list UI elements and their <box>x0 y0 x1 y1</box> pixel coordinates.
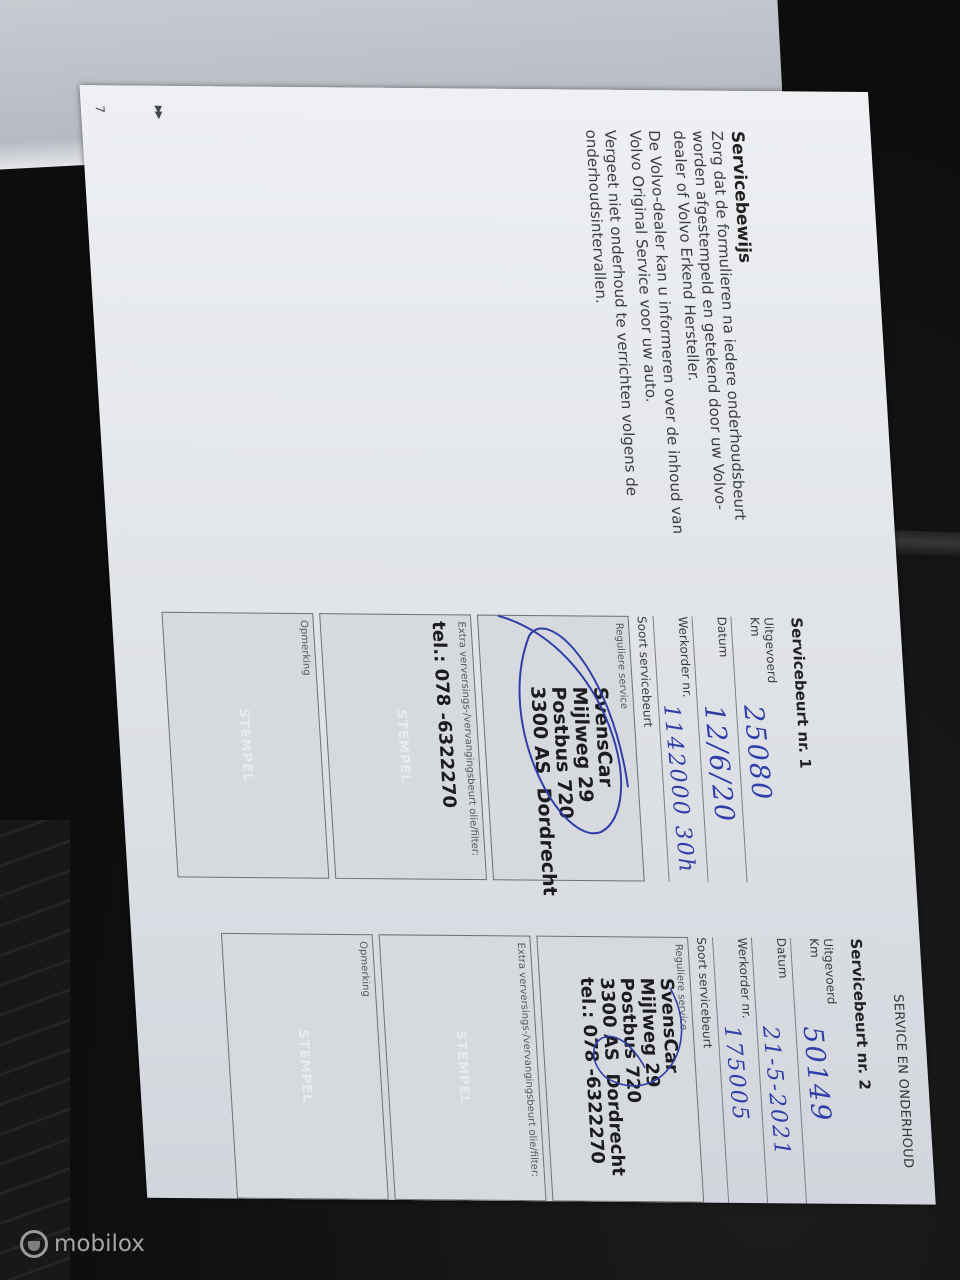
mobilox-logo-icon <box>20 1230 48 1258</box>
remark-label: Opmerking <box>357 941 371 997</box>
km-handwritten: 25080 <box>737 705 777 802</box>
stamp-placeholder: STEMPEL <box>453 1031 472 1105</box>
work-order-handwritten: 175005 <box>719 1025 753 1122</box>
service-title: Servicebeurt nr. 2 <box>847 938 881 1204</box>
extra-service-box: Extra verversings-/vervangingsbeurt olie… <box>319 613 487 880</box>
km-handwritten: 50149 <box>797 1026 837 1123</box>
stamp-phone: tel.: 078 -6322270 <box>427 621 459 808</box>
extra-service-box: Extra verversings-/vervangingsbeurt olie… <box>379 934 547 1201</box>
dealer-stamp: SvensCar Mijlweg 29 Postbus 720 3300 AS … <box>526 686 623 896</box>
service-booklet-page: Servicebewijs Zorg dat de formulieren na… <box>79 85 935 1205</box>
regular-service-label: Reguliere service <box>613 623 629 709</box>
date-handwritten: 12/6/20 <box>698 704 740 823</box>
km-label: Km <box>747 617 762 637</box>
dealer-stamp: SvensCar Mijlweg 29 Postbus 720 3300 AS … <box>576 977 688 1176</box>
regular-service-box: Reguliere service SvensCar Mijlweg 29 Po… <box>477 615 645 882</box>
stamp-placeholder: STEMPEL <box>236 708 255 782</box>
mat-texture <box>0 820 70 1280</box>
date-label: Datum <box>774 938 790 979</box>
watermark: mobilox <box>20 1230 145 1258</box>
performed-label: Uitgevoerd <box>761 617 779 683</box>
extra-service-label: Extra verversings-/vervangingsbeurt olie… <box>455 621 480 856</box>
watermark-brand: mobilox <box>54 1231 145 1257</box>
remark-box: Opmerking STEMPEL <box>221 933 389 1200</box>
regular-service-box: Reguliere service SvensCar Mijlweg 29 Po… <box>536 936 704 1203</box>
double-arrow-icon: ▶▶ <box>153 106 165 118</box>
performed-label: Uitgevoerd <box>821 938 839 1004</box>
stamp-placeholder: STEMPEL <box>295 1029 314 1103</box>
service-record-1: Servicebeurt nr. 1 UitgevoerdKm 25080 Da… <box>161 612 821 883</box>
remark-label: Opmerking <box>298 620 312 676</box>
work-order-label: Werkorder nr. <box>735 937 754 1018</box>
km-label: Km <box>807 938 822 958</box>
section-header: SERVICE EN ONDERHOUD <box>890 994 916 1168</box>
extra-service-label: Extra verversings-/vervangingsbeurt olie… <box>515 942 540 1177</box>
stamp-placeholder: STEMPEL <box>393 710 412 784</box>
page-number: 7 <box>93 105 107 113</box>
service-record-2: Servicebeurt nr. 2 UitgevoerdKm 50149 Da… <box>221 933 881 1204</box>
work-order-label: Werkorder nr. <box>675 616 694 697</box>
date-label: Datum <box>714 617 730 658</box>
service-title: Servicebeurt nr. 1 <box>787 617 821 883</box>
intro-block: Servicebewijs Zorg dat de formulieren na… <box>575 130 771 553</box>
work-order-handwritten: 1142000 30h <box>658 704 699 874</box>
remark-box: Opmerking STEMPEL <box>161 612 329 879</box>
